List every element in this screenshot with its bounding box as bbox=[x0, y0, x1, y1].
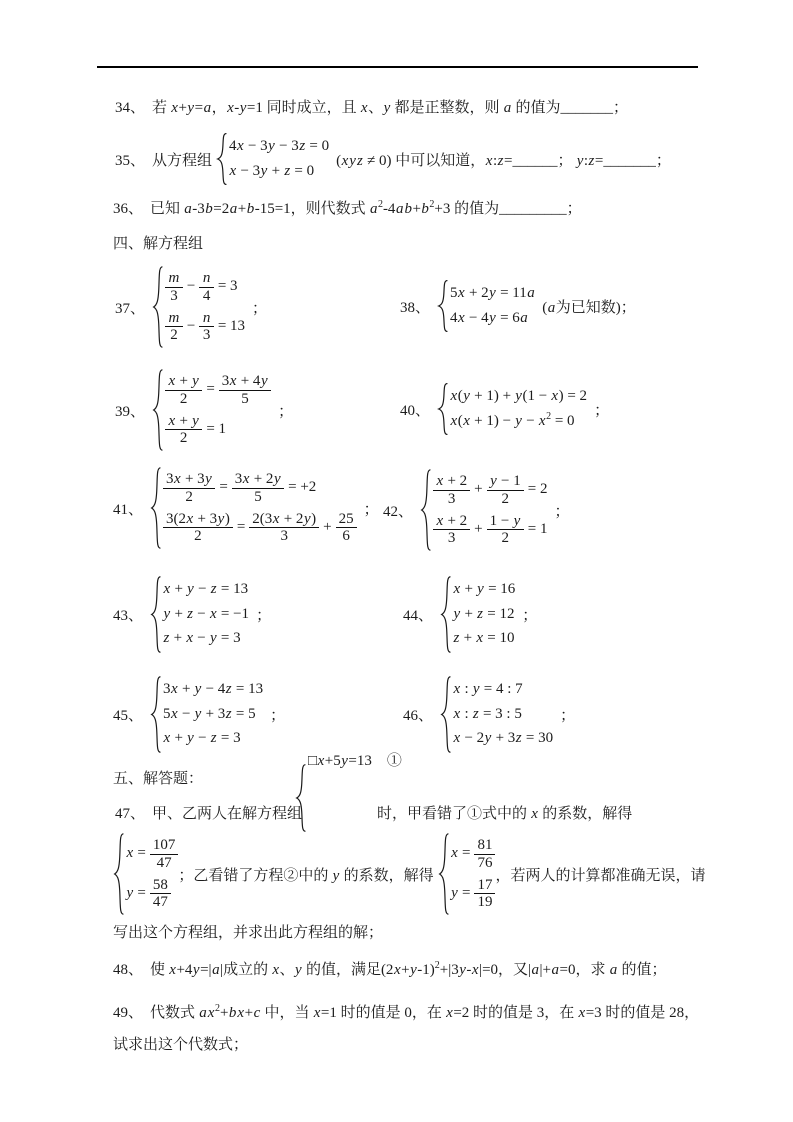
fraction: 5847 bbox=[150, 877, 171, 912]
fraction: 3x + 2y5 bbox=[232, 471, 284, 506]
numerator: m bbox=[165, 310, 183, 328]
equation-text: = 3 bbox=[218, 277, 238, 297]
equation-system: x + y − z = 13y + z − x = −1z + x − y = … bbox=[150, 576, 249, 653]
fraction: 1 − y2 bbox=[487, 513, 524, 548]
question-text: ； bbox=[278, 400, 293, 421]
fraction: 8176 bbox=[474, 837, 495, 872]
equation-system: x + 23+y − 12= 2x + 23+1 − y2= 1 bbox=[420, 469, 547, 551]
question-text: ，若两人的计算都准确无误，请 bbox=[495, 864, 705, 885]
numerator: 81 bbox=[474, 837, 495, 855]
question-number: 38、 bbox=[400, 296, 430, 317]
question-text: 试求出这个代数式； bbox=[113, 1033, 248, 1054]
equation-line: y =5847 bbox=[126, 877, 178, 912]
equation-system: x(y + 1) + y(1 − x) = 2x(x + 1) − y − x2… bbox=[437, 383, 587, 435]
equation-system: 4x − 3y − 3z = 0x − 3y + z = 0 bbox=[216, 133, 329, 185]
section-title: 四、解方程组 bbox=[113, 232, 203, 253]
equation-text: = 1 bbox=[206, 420, 226, 440]
fraction: 3(2x + 3y)2 bbox=[163, 511, 233, 546]
fraction: n3 bbox=[199, 310, 214, 345]
question-number: 45、 bbox=[113, 704, 143, 725]
question-47-solutions: x =10747y =5847 ；乙看错了方程②中的 y 的系数，解得 x =8… bbox=[113, 833, 706, 915]
denominator: 2 bbox=[191, 528, 205, 545]
equation-system-a: x =10747y =5847 bbox=[113, 833, 178, 915]
fraction: 256 bbox=[336, 511, 357, 546]
fraction: m3 bbox=[165, 270, 183, 305]
equation-line: y + z = 12 bbox=[453, 605, 515, 625]
equation-text: z + x = 10 bbox=[453, 629, 514, 649]
question-text: ； bbox=[270, 704, 285, 725]
equation-text: = 2 bbox=[528, 480, 548, 500]
question-text: ； bbox=[252, 297, 267, 318]
denominator: 19 bbox=[474, 894, 495, 911]
equation-text: = 1 bbox=[528, 520, 548, 540]
brace-icon bbox=[437, 383, 448, 435]
equation-text: = +2 bbox=[288, 478, 316, 498]
denominator: 3 bbox=[445, 491, 459, 508]
equation-text: z + x − y = 3 bbox=[163, 629, 241, 649]
equation-line: 3x + 3y2=3x + 2y5= +2 bbox=[163, 471, 357, 506]
question-37: 37、 m3−n4= 3m2−n3= 13 ； bbox=[115, 266, 267, 348]
denominator: 2 bbox=[167, 327, 181, 344]
brace-icon bbox=[152, 369, 163, 451]
equation-system: m3−n4= 3m2−n3= 13 bbox=[152, 266, 245, 348]
equation-line: 3(2x + 3y)2=2(3x + 2y)3+256 bbox=[163, 511, 357, 546]
denominator: 2 bbox=[498, 530, 512, 547]
numerator: 2(3x + 2y) bbox=[249, 511, 319, 529]
equation-line: 5x − y + 3z = 5 bbox=[163, 705, 263, 725]
numerator: 3x + 4y bbox=[219, 373, 271, 391]
equation-text: y = bbox=[451, 884, 471, 904]
question-number: 47、 bbox=[115, 802, 145, 823]
question-34: 34、 若 x+y=a，x-y=1 同时成立，且 x、y 都是正整数，则 a 的… bbox=[115, 96, 628, 117]
equation-text: + bbox=[323, 518, 331, 538]
question-number: 48、 bbox=[113, 958, 143, 979]
equation-text: y + z − x = −1 bbox=[163, 605, 249, 625]
equation-system-b: x =8176y =1719 bbox=[438, 833, 496, 915]
numerator: 25 bbox=[336, 511, 357, 529]
equation-line: x − 2y + 3z = 30 bbox=[453, 729, 553, 749]
equation-system: 3x + y − 4z = 135x − y + 3z = 5x + y − z… bbox=[150, 676, 263, 753]
equation-line: x + y = 16 bbox=[453, 580, 515, 600]
numerator: 58 bbox=[150, 877, 171, 895]
question-42: 42、 x + 23+y − 12= 2x + 23+1 − y2= 1 ； bbox=[383, 469, 570, 551]
numerator: n bbox=[199, 270, 214, 288]
question-text: ； bbox=[560, 704, 575, 725]
question-number: 43、 bbox=[113, 604, 143, 625]
equation-line: x + y2= 1 bbox=[165, 413, 271, 448]
equation-column: x + y − z = 13y + z − x = −1z + x − y = … bbox=[163, 580, 249, 649]
numerator: m bbox=[165, 270, 183, 288]
numerator: x + y bbox=[165, 413, 202, 431]
question-text: ； bbox=[554, 500, 569, 521]
brace-icon bbox=[150, 576, 161, 653]
brace-icon bbox=[113, 833, 124, 915]
question-number: 40、 bbox=[400, 399, 430, 420]
equation-text: − bbox=[187, 317, 195, 337]
equation-text: 3x + y − 4z = 13 bbox=[163, 680, 263, 700]
numerator: 1 − y bbox=[487, 513, 524, 531]
equation-text: = bbox=[206, 380, 214, 400]
equation-text: y = bbox=[126, 884, 146, 904]
equation-text: x − 2y + 3z = 30 bbox=[453, 729, 553, 749]
denominator: 5 bbox=[238, 391, 252, 408]
denominator: 47 bbox=[154, 855, 175, 872]
section-heading-4: 四、解方程组 bbox=[113, 232, 203, 253]
equation-line: 3x + y − 4z = 13 bbox=[163, 680, 263, 700]
equation-text: x(y + 1) + y(1 − x) = 2 bbox=[450, 387, 587, 407]
fraction: y − 12 bbox=[487, 473, 524, 508]
question-text: 已知 a-3b=2a+b-15=1，则代数式 a2-4ab+b2+3 的值为__… bbox=[150, 197, 582, 218]
denominator: 3 bbox=[167, 288, 181, 305]
equation-text: = bbox=[219, 478, 227, 498]
equation-line: 5x + 2y = 11a bbox=[450, 284, 535, 304]
numerator: 3x + 3y bbox=[163, 471, 215, 489]
equation-line: 4x − 3y − 3z = 0 bbox=[229, 137, 329, 157]
question-44: 44、 x + y = 16y + z = 12z + x = 10 ； bbox=[403, 576, 537, 653]
brace-icon bbox=[420, 469, 431, 551]
denominator: 47 bbox=[150, 894, 171, 911]
question-text: ； bbox=[522, 604, 537, 625]
question-number: 37、 bbox=[115, 297, 145, 318]
question-text: 从方程组 bbox=[152, 149, 212, 170]
equation-line: x =10747 bbox=[126, 837, 178, 872]
denominator: 3 bbox=[200, 327, 214, 344]
question-text: ； bbox=[594, 399, 609, 420]
equation-column: x + 23+y − 12= 2x + 23+1 − y2= 1 bbox=[433, 473, 547, 547]
equation-column: x : y = 4 : 7x : z = 3 : 5x − 2y + 3z = … bbox=[453, 680, 553, 749]
equation-column: 4x − 3y − 3z = 0x − 3y + z = 0 bbox=[229, 137, 329, 181]
equation-column: x + y2=3x + 4y5x + y2= 1 bbox=[165, 373, 271, 447]
equation-line: z + x = 10 bbox=[453, 629, 515, 649]
fraction: 1719 bbox=[474, 877, 495, 912]
fraction: x + 23 bbox=[433, 473, 470, 508]
equation-line: x : y = 4 : 7 bbox=[453, 680, 553, 700]
equation-line: x =8176 bbox=[451, 837, 496, 872]
question-number: 34、 bbox=[115, 96, 145, 117]
equation-line: 4x − 4y = 6a bbox=[450, 309, 535, 329]
equation-system: x : y = 4 : 7x : z = 3 : 5x − 2y + 3z = … bbox=[440, 676, 553, 753]
numerator: y − 1 bbox=[487, 473, 524, 491]
equation-text: 5x − y + 3z = 5 bbox=[163, 705, 256, 725]
question-46: 46、 x : y = 4 : 7x : z = 3 : 5x − 2y + 3… bbox=[403, 676, 575, 753]
numerator: 3x + 2y bbox=[232, 471, 284, 489]
numerator: x + y bbox=[165, 373, 202, 391]
denominator: 3 bbox=[445, 530, 459, 547]
section-heading-5: 五、解答题： bbox=[113, 767, 203, 788]
denominator: 76 bbox=[474, 855, 495, 872]
question-47-intro-right: 时，甲看错了①式中的 x 的系数，解得 bbox=[377, 802, 632, 823]
equation-line: m2−n3= 13 bbox=[165, 310, 245, 345]
equation-text: x − 3y + z = 0 bbox=[229, 162, 314, 182]
equation-system: 5x + 2y = 11a4x − 4y = 6a bbox=[437, 280, 535, 332]
question-number: 46、 bbox=[403, 704, 433, 725]
question-number: 44、 bbox=[403, 604, 433, 625]
worksheet-page: 34、 若 x+y=a，x-y=1 同时成立，且 x、y 都是正整数，则 a 的… bbox=[0, 0, 793, 1122]
numerator: 107 bbox=[150, 837, 179, 855]
fraction: 10747 bbox=[150, 837, 179, 872]
fraction: x + y2 bbox=[165, 373, 202, 408]
brace-icon bbox=[152, 266, 163, 348]
equation-text: = bbox=[237, 518, 245, 538]
brace-icon bbox=[440, 676, 451, 753]
brace-icon bbox=[150, 467, 161, 549]
equation-system: x + y2=3x + 4y5x + y2= 1 bbox=[152, 369, 271, 451]
question-number: 41、 bbox=[113, 498, 143, 519]
equation-text: x(x + 1) − y − x2 = 0 bbox=[450, 412, 575, 432]
question-text: 使 x+4y=|a|成立的 x、y 的值，满足(2x+y-1)2+|3y-x|=… bbox=[150, 958, 666, 979]
equation-text: = 13 bbox=[218, 317, 245, 337]
denominator: 2 bbox=[177, 430, 191, 447]
equation-text: x : z = 3 : 5 bbox=[453, 705, 522, 725]
equation-line: x : z = 3 : 5 bbox=[453, 705, 553, 725]
question-47-intro-left: 47、 甲、乙两人在解方程组 bbox=[115, 802, 302, 823]
equation-text: y + z = 12 bbox=[453, 605, 514, 625]
section-title: 五、解答题： bbox=[113, 767, 203, 788]
equation-text: 4x − 3y − 3z = 0 bbox=[229, 137, 329, 157]
question-text: 时，甲看错了①式中的 x 的系数，解得 bbox=[377, 802, 632, 823]
brace-icon bbox=[216, 133, 227, 185]
fraction: 3x + 4y5 bbox=[219, 373, 271, 408]
question-43: 43、 x + y − z = 13y + z − x = −1z + x − … bbox=[113, 576, 271, 653]
equation-line: y =1719 bbox=[451, 877, 496, 912]
question-number: 35、 bbox=[115, 149, 145, 170]
question-text: (xyz ≠ 0) 中可以知道，x:z=______； y:z=_______； bbox=[336, 149, 671, 170]
question-41: 41、 3x + 3y2=3x + 2y5= +23(2x + 3y)2=2(3… bbox=[113, 467, 379, 549]
equation-line: y + z − x = −1 bbox=[163, 605, 249, 625]
equation-system: x + y = 16y + z = 12z + x = 10 bbox=[440, 576, 515, 653]
equation-line: x + y2=3x + 4y5 bbox=[165, 373, 271, 408]
equation-line: z + x − y = 3 bbox=[163, 629, 249, 649]
equation-column: 3x + y − 4z = 135x − y + 3z = 5x + y − z… bbox=[163, 680, 263, 749]
brace-icon bbox=[437, 280, 448, 332]
fraction: 3x + 3y2 bbox=[163, 471, 215, 506]
brace-icon bbox=[438, 833, 449, 915]
question-35: 35、 从方程组 4x − 3y − 3z = 0x − 3y + z = 0 … bbox=[115, 133, 671, 185]
question-39: 39、 x + y2=3x + 4y5x + y2= 1 ； bbox=[115, 369, 293, 451]
header-rule bbox=[97, 66, 698, 68]
question-text: ； bbox=[364, 498, 379, 519]
equation-line: x + 23+y − 12= 2 bbox=[433, 473, 547, 508]
question-40: 40、 x(y + 1) + y(1 − x) = 2x(x + 1) − y … bbox=[400, 383, 609, 435]
numerator: 3(2x + 3y) bbox=[163, 511, 233, 529]
equation-column: 5x + 2y = 11a4x − 4y = 6a bbox=[450, 284, 535, 328]
equation-text: − bbox=[187, 277, 195, 297]
equation-text: x : y = 4 : 7 bbox=[453, 680, 523, 700]
equation-text: x = bbox=[451, 844, 471, 864]
equation-text: x + y − z = 3 bbox=[163, 729, 241, 749]
question-38: 38、 5x + 2y = 11a4x − 4y = 6a (a为已知数)； bbox=[400, 280, 636, 332]
denominator: 5 bbox=[251, 489, 265, 506]
equation-text: 5x + 2y = 11a bbox=[450, 284, 535, 304]
question-text: 写出这个方程组，并求出此方程组的解； bbox=[113, 921, 383, 942]
question-text: 代数式 ax2+bx+c 中，当 x=1 时的值是 0，在 x=2 时的值是 3… bbox=[150, 1001, 699, 1022]
numerator: x + 2 bbox=[433, 473, 470, 491]
equation-text: 4x − 4y = 6a bbox=[450, 309, 528, 329]
equation-text: x + y = 16 bbox=[453, 580, 515, 600]
fraction: x + 23 bbox=[433, 513, 470, 548]
equation-column: x(y + 1) + y(1 − x) = 2x(x + 1) − y − x2… bbox=[450, 387, 587, 431]
fraction: x + y2 bbox=[165, 413, 202, 448]
equation-line: m3−n4= 3 bbox=[165, 270, 245, 305]
question-49-line2: 试求出这个代数式； bbox=[113, 1033, 248, 1054]
equation-text: + bbox=[474, 480, 482, 500]
numerator: n bbox=[199, 310, 214, 328]
question-number: 49、 bbox=[113, 1001, 143, 1022]
equation-column: x =10747y =5847 bbox=[126, 837, 178, 911]
fraction: m2 bbox=[165, 310, 183, 345]
question-47-closing: 写出这个方程组，并求出此方程组的解； bbox=[113, 921, 383, 942]
brace-icon bbox=[150, 676, 161, 753]
question-49-line1: 49、 代数式 ax2+bx+c 中，当 x=1 时的值是 0，在 x=2 时的… bbox=[113, 1001, 699, 1022]
denominator: 6 bbox=[339, 528, 353, 545]
question-number: 39、 bbox=[115, 400, 145, 421]
equation-system: 3x + 3y2=3x + 2y5= +23(2x + 3y)2=2(3x + … bbox=[150, 467, 357, 549]
fraction: n4 bbox=[199, 270, 214, 305]
numerator: 17 bbox=[474, 877, 495, 895]
equation-line-1: □x+5y=13 ① bbox=[308, 749, 402, 770]
question-text: 甲、乙两人在解方程组 bbox=[152, 802, 302, 823]
question-number: 42、 bbox=[383, 500, 413, 521]
question-text: ； bbox=[256, 604, 271, 625]
equation-line: x + y − z = 13 bbox=[163, 580, 249, 600]
numerator: x + 2 bbox=[433, 513, 470, 531]
brace-icon bbox=[440, 576, 451, 653]
equation-text: x = bbox=[126, 844, 146, 864]
equation-text: □x+5y=13 ① bbox=[308, 749, 402, 770]
denominator: 3 bbox=[277, 528, 291, 545]
equation-column: x + y = 16y + z = 12z + x = 10 bbox=[453, 580, 515, 649]
denominator: 2 bbox=[498, 491, 512, 508]
fraction: 2(3x + 2y)3 bbox=[249, 511, 319, 546]
equation-line: x + y − z = 3 bbox=[163, 729, 263, 749]
equation-line: x + 23+1 − y2= 1 bbox=[433, 513, 547, 548]
question-number: 36、 bbox=[113, 197, 143, 218]
question-45: 45、 3x + y − 4z = 135x − y + 3z = 5x + y… bbox=[113, 676, 285, 753]
denominator: 2 bbox=[182, 489, 196, 506]
equation-text: x + y − z = 13 bbox=[163, 580, 248, 600]
equation-line: x(x + 1) − y − x2 = 0 bbox=[450, 412, 587, 432]
equation-text: + bbox=[474, 520, 482, 540]
question-text: (a为已知数)； bbox=[542, 296, 636, 317]
question-text: ；乙看错了方程②中的 y 的系数，解得 bbox=[178, 864, 433, 885]
question-36: 36、 已知 a-3b=2a+b-15=1，则代数式 a2-4ab+b2+3 的… bbox=[113, 197, 582, 218]
question-text: 若 x+y=a，x-y=1 同时成立，且 x、y 都是正整数，则 a 的值为__… bbox=[152, 96, 628, 117]
equation-line: x − 3y + z = 0 bbox=[229, 162, 329, 182]
denominator: 2 bbox=[177, 391, 191, 408]
equation-line: x(y + 1) + y(1 − x) = 2 bbox=[450, 387, 587, 407]
equation-column: 3x + 3y2=3x + 2y5= +23(2x + 3y)2=2(3x + … bbox=[163, 471, 357, 545]
question-48: 48、 使 x+4y=|a|成立的 x、y 的值，满足(2x+y-1)2+|3y… bbox=[113, 958, 666, 979]
equation-column: x =8176y =1719 bbox=[451, 837, 496, 911]
equation-column: m3−n4= 3m2−n3= 13 bbox=[165, 270, 245, 344]
denominator: 4 bbox=[200, 288, 214, 305]
